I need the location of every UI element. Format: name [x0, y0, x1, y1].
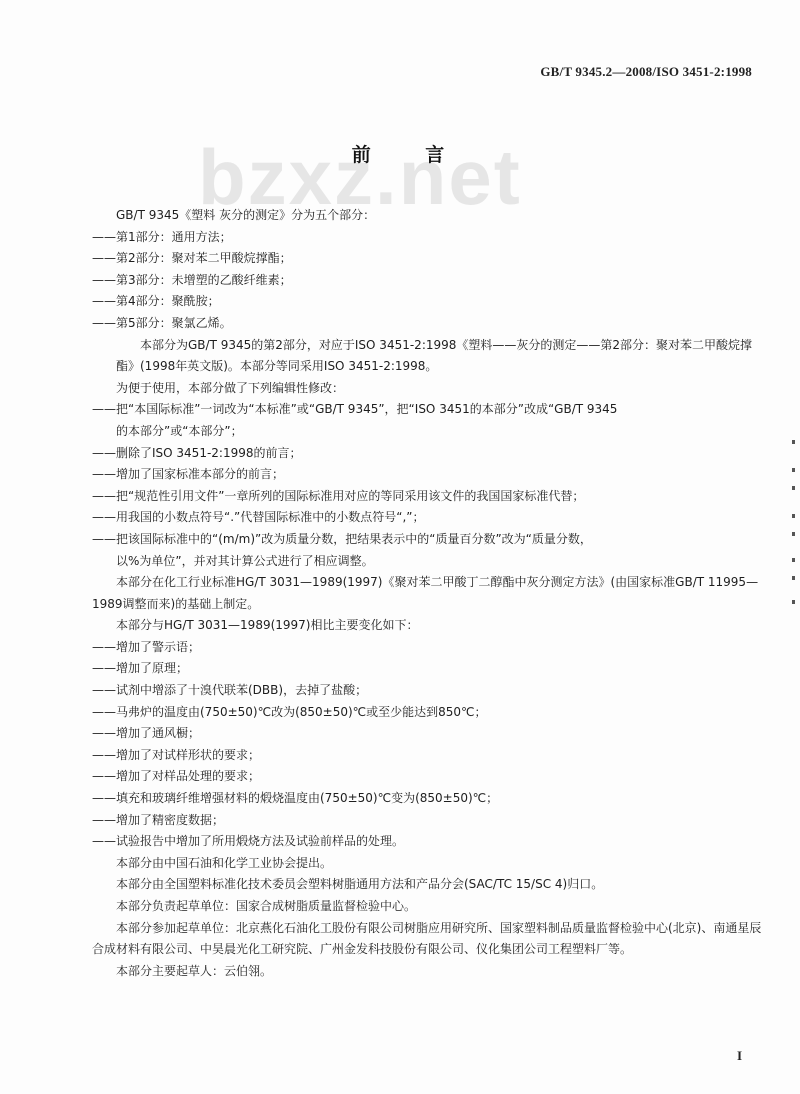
edit-item-5: ——用我国的小数点符号“.”代替国际标准中的小数点符号“,”；	[92, 507, 762, 529]
revision-basis-paragraph: 本部分在化工行业标准HG/T 3031—1989(1997)《聚对苯二甲酸丁二醇…	[92, 572, 762, 615]
page-title: 前 言	[0, 140, 800, 167]
part-list-item-2: ——第2部分：聚对苯二甲酸烷撑酯；	[92, 248, 762, 270]
edit-item-3: ——增加了国家标准本部分的前言；	[92, 464, 762, 486]
part-list-item-5: ——第5部分：聚氯乙烯。	[92, 313, 762, 335]
edit-item-1-cont: 的本部分”或“本部分”；	[92, 421, 762, 443]
correspondence-paragraph: 本部分为GB/T 9345的第2部分，对应于ISO 3451-2:1998《塑料…	[92, 335, 762, 378]
change-item-5: ——增加了通风橱；	[92, 723, 762, 745]
edit-item-4: ——把“规范性引用文件”一章所列的国际标准用对应的等同采用该文件的我国国家标准代…	[92, 486, 762, 508]
edit-item-6: ——把该国际标准中的“(m/m)”改为质量分数，把结果表示中的“质量百分数”改为…	[92, 529, 762, 572]
change-item-7: ——增加了对样品处理的要求；	[92, 766, 762, 788]
intro-lead: GB/T 9345《塑料 灰分的测定》分为五个部分：	[92, 205, 762, 227]
scan-margin-marks	[792, 440, 798, 610]
change-item-6: ——增加了对试样形状的要求；	[92, 745, 762, 767]
change-item-8: ——填充和玻璃纤维增强材料的煅烧温度由(750±50)℃变为(850±50)℃；	[92, 788, 762, 810]
preface-body: GB/T 9345《塑料 灰分的测定》分为五个部分： ——第1部分：通用方法； …	[92, 205, 762, 982]
changes-lead: 本部分与HG/T 3031—1989(1997)相比主要变化如下：	[92, 615, 762, 637]
proposed-by-paragraph: 本部分由中国石油和化学工业协会提出。	[92, 853, 762, 875]
edit-item-1: ——把“本国际标准”一词改为“本标准”或“GB/T 9345”，把“ISO 34…	[92, 399, 762, 442]
part-list-item-3: ——第3部分：未增塑的乙酸纤维素；	[92, 270, 762, 292]
document-page: GB/T 9345.2—2008/ISO 3451-2:1998 bzxz.ne…	[0, 0, 800, 1094]
standard-number-header: GB/T 9345.2—2008/ISO 3451-2:1998	[540, 64, 752, 80]
edit-item-1-line: ——把“本国际标准”一词改为“本标准”或“GB/T 9345”，把“ISO 34…	[92, 402, 617, 416]
responsible-drafter-paragraph: 本部分负责起草单位：国家合成树脂质量监督检验中心。	[92, 896, 762, 918]
part-list-item-4: ——第4部分：聚酰胺；	[92, 291, 762, 313]
change-item-1: ——增加了警示语；	[92, 637, 762, 659]
participating-drafters-paragraph: 本部分参加起草单位：北京燕化石油化工股份有限公司树脂应用研究所、国家塑料制品质量…	[92, 918, 762, 961]
edit-item-2: ——删除了ISO 3451-2:1998的前言；	[92, 443, 762, 465]
main-drafters-paragraph: 本部分主要起草人：云伯翎。	[92, 961, 762, 983]
change-item-4: ——马弗炉的温度由(750±50)℃改为(850±50)℃或至少能达到850℃；	[92, 702, 762, 724]
edit-item-6-line: ——把该国际标准中的“(m/m)”改为质量分数，把结果表示中的“质量百分数”改为…	[92, 532, 592, 546]
part-list-item-1: ——第1部分：通用方法；	[92, 227, 762, 249]
change-item-10: ——试验报告中增加了所用煅烧方法及试验前样品的处理。	[92, 831, 762, 853]
change-item-3: ——试剂中增添了十溴代联苯(DBB)，去掉了盐酸；	[92, 680, 762, 702]
change-item-9: ——增加了精密度数据；	[92, 810, 762, 832]
edit-item-6-cont: 以%为单位”，并对其计算公式进行了相应调整。	[92, 551, 762, 573]
edits-lead: 为便于使用，本部分做了下列编辑性修改：	[92, 378, 762, 400]
change-item-2: ——增加了原理；	[92, 658, 762, 680]
page-number: I	[737, 1048, 742, 1064]
managed-by-paragraph: 本部分由全国塑料标准化技术委员会塑料树脂通用方法和产品分会(SAC/TC 15/…	[92, 874, 762, 896]
